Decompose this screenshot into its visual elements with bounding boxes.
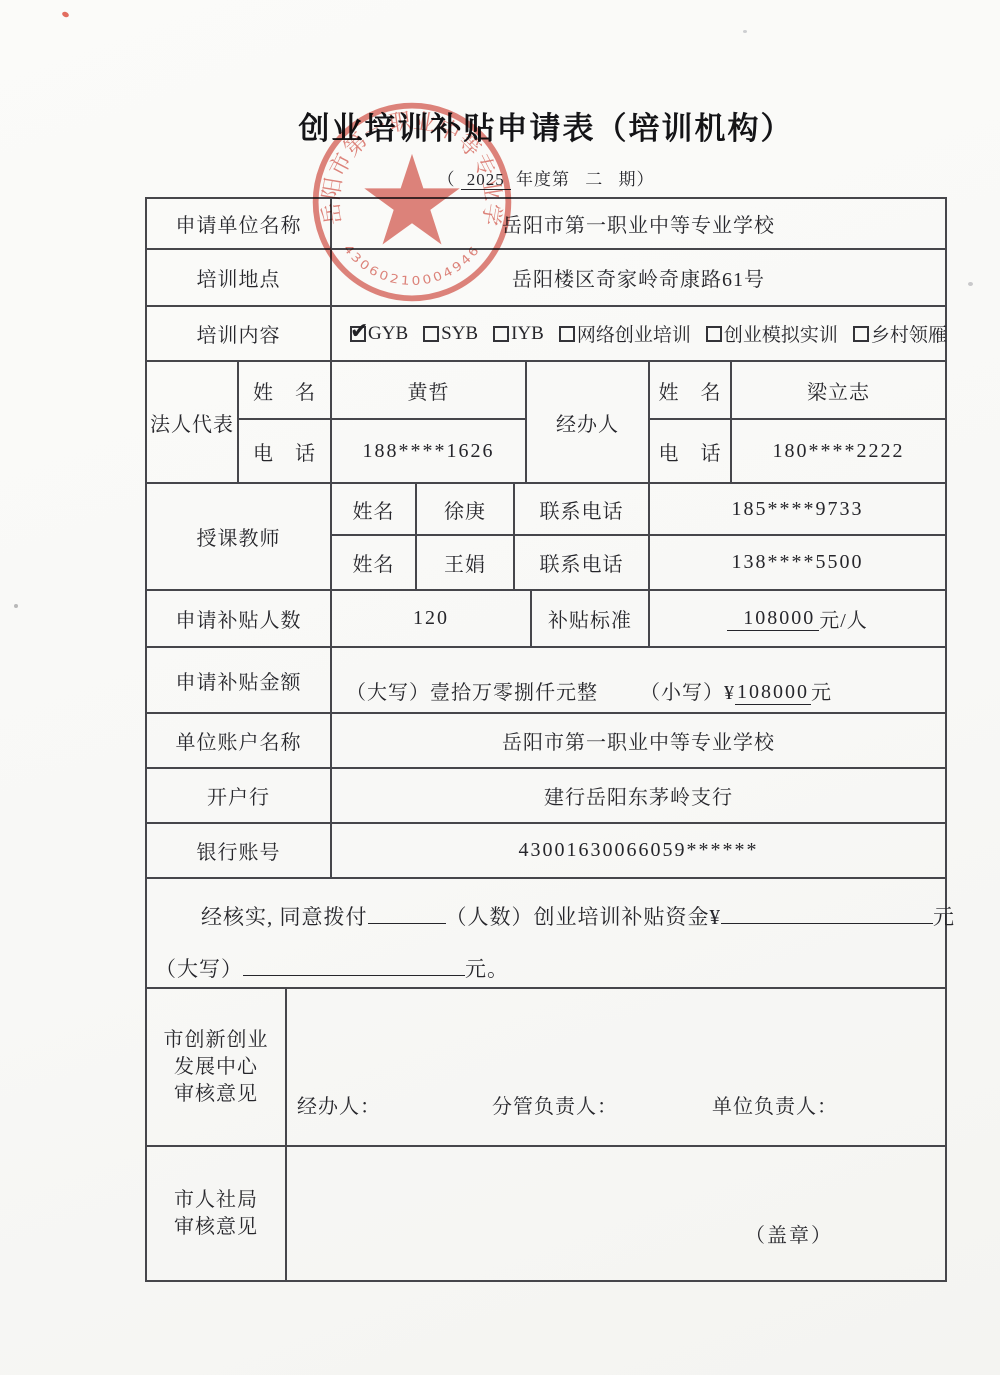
- checkbox-rural-icon: [853, 326, 869, 342]
- para-line1-c: 元: [933, 905, 955, 929]
- standard-value: 108000元/人: [650, 591, 945, 646]
- content-label: 培训内容: [147, 307, 332, 360]
- option-network: 网络创业培训: [559, 320, 691, 347]
- seal-hint: （盖章）: [745, 1219, 833, 1248]
- option-syb-label: SYB: [441, 323, 478, 345]
- teacher-row-2: 姓名 王娟 联系电话 138****5500: [332, 536, 945, 589]
- legal-rep-name-label: 姓 名: [239, 362, 332, 418]
- application-form-table: 申请单位名称 岳阳市第一职业中等专业学校 培训地点 岳阳楼区奇家岭奇康路61号 …: [145, 197, 947, 1282]
- bureau-review-area: （盖章）: [287, 1147, 945, 1280]
- signer-supervisor: 分管负责人：: [492, 1090, 618, 1119]
- option-gyb-label: GYB: [368, 323, 408, 345]
- checkbox-network-icon: [559, 326, 575, 342]
- approval-paragraph: 经核实, 同意拨付（人数）创业培训补贴资金¥元 （大写）元。: [147, 879, 961, 987]
- row-account-no: 银行账号 43001630066059******: [147, 824, 945, 879]
- subtitle-mid: 年度第: [516, 170, 570, 189]
- scan-artifact-dot-3: [968, 282, 973, 286]
- scan-artifact-red-dot: [61, 11, 69, 18]
- agent-grid: 姓 名 梁立志 电 话 180****2222: [650, 362, 945, 482]
- row-bank: 开户行 建行岳阳东茅岭支行: [147, 769, 945, 824]
- blank-amount: [721, 903, 933, 924]
- legal-rep-phone-value: 188****1626: [332, 420, 525, 482]
- legal-rep-label: 法人代表: [147, 362, 239, 482]
- agent-name-value: 梁立志: [732, 362, 945, 418]
- applicant-label: 申请单位名称: [147, 199, 332, 248]
- center-review-label: 市创新创业 发展中心 审核意见: [147, 989, 287, 1145]
- teacher-row-1: 姓名 徐庚 联系电话 185****9733: [332, 484, 945, 536]
- account-no-value: 43001630066059******: [332, 824, 945, 877]
- teacher2-phone-label: 联系电话: [515, 536, 650, 589]
- agent-phone-row: 电 话 180****2222: [650, 420, 945, 482]
- blank-headcount: [368, 903, 446, 924]
- subtitle-year: 2025: [461, 170, 511, 190]
- legal-rep-phone-label: 电 话: [239, 420, 332, 482]
- legal-rep-name-value: 黄哲: [332, 362, 525, 418]
- teacher2-phone: 138****5500: [650, 536, 945, 589]
- bank-label: 开户行: [147, 769, 332, 822]
- location-value: 岳阳楼区奇家岭奇康路61号: [332, 250, 945, 305]
- row-bureau-review: 市人社局 审核意见 （盖章）: [147, 1147, 945, 1280]
- option-sim-label: 创业模拟实训: [724, 320, 838, 347]
- row-account-name: 单位账户名称 岳阳市第一职业中等专业学校: [147, 714, 945, 769]
- row-amount: 申请补贴金额 （大写）壹拾万零捌仟元整（小写）¥108000元: [147, 648, 945, 714]
- bureau-review-line1: 市人社局: [174, 1187, 258, 1214]
- headcount-label: 申请补贴人数: [147, 591, 332, 646]
- row-center-review: 市创新创业 发展中心 审核意见 经办人： 分管负责人： 单位负责人：: [147, 989, 945, 1147]
- teacher2-name-label: 姓名: [332, 536, 417, 589]
- scanned-form-page: 创业培训补贴申请表（培训机构） （ 2025 年度第 二 期） 申请单位名称 岳…: [0, 0, 1000, 1375]
- center-review-area: 经办人： 分管负责人： 单位负责人：: [287, 989, 945, 1145]
- checkbox-syb-icon: [423, 326, 439, 342]
- legal-rep-name-row: 姓 名 黄哲: [239, 362, 525, 420]
- amount-small-value: 108000: [735, 681, 811, 705]
- content-options: GYB SYB IYB 网络创业培训 创业模拟实训 乡村领雁: [332, 307, 947, 360]
- agent-phone-label: 电 话: [650, 420, 732, 482]
- para-line2-b: 元。: [465, 957, 509, 981]
- teacher1-phone-label: 联系电话: [515, 484, 650, 534]
- amount-small-label: （小写）¥: [640, 676, 735, 705]
- headcount-value: 120: [332, 591, 532, 646]
- teacher1-phone: 185****9733: [650, 484, 945, 534]
- option-gyb: GYB: [350, 323, 408, 345]
- center-review-line1: 市创新创业: [164, 1027, 269, 1054]
- row-content: 培训内容 GYB SYB IYB 网络创业培训 创业模拟实训 乡村领雁: [147, 307, 945, 362]
- page-subtitle: （ 2025 年度第 二 期）: [145, 165, 947, 190]
- option-iyb: IYB: [493, 323, 544, 345]
- checkbox-sim-icon: [706, 326, 722, 342]
- subtitle-term: 二: [585, 170, 603, 189]
- row-headcount: 申请补贴人数 120 补贴标准 108000元/人: [147, 591, 945, 648]
- teacher1-name-label: 姓名: [332, 484, 417, 534]
- option-iyb-label: IYB: [511, 323, 544, 345]
- subtitle-close: 期）: [619, 170, 655, 189]
- account-name-label: 单位账户名称: [147, 714, 332, 767]
- account-name-value: 岳阳市第一职业中等专业学校: [332, 714, 945, 767]
- agent-phone-value: 180****2222: [732, 420, 945, 482]
- amount-value: （大写）壹拾万零捌仟元整（小写）¥108000元: [332, 648, 945, 712]
- center-review-line2: 发展中心: [174, 1054, 258, 1081]
- option-rural: 乡村领雁: [853, 320, 947, 347]
- bureau-review-label: 市人社局 审核意见: [147, 1147, 287, 1280]
- legal-rep-grid: 姓 名 黄哲 电 话 188****1626: [239, 362, 527, 482]
- teacher2-name: 王娟: [417, 536, 515, 589]
- legal-rep-phone-row: 电 话 188****1626: [239, 420, 525, 482]
- row-legal-rep-agent: 法人代表 姓 名 黄哲 电 话 188****1626 经办人 姓 名 梁立志: [147, 362, 945, 484]
- location-label: 培训地点: [147, 250, 332, 305]
- agent-name-row: 姓 名 梁立志: [650, 362, 945, 420]
- teachers-label: 授课教师: [147, 484, 332, 589]
- row-teachers: 授课教师 姓名 徐庚 联系电话 185****9733 姓名 王娟 联系电话 1…: [147, 484, 945, 591]
- amount-small-unit: 元: [811, 676, 832, 705]
- para-line1-a: 经核实, 同意拨付: [201, 905, 368, 929]
- signer-unit-head: 单位负责人：: [712, 1090, 838, 1119]
- page-title: 创业培训补贴申请表（培训机构）: [145, 103, 947, 148]
- subtitle-open: （: [438, 170, 456, 189]
- option-network-label: 网络创业培训: [577, 320, 691, 347]
- scan-artifact-dot-2: [743, 30, 747, 33]
- option-sim: 创业模拟实训: [706, 320, 838, 347]
- amount-cap-value: 壹拾万零捌仟元整: [430, 676, 598, 705]
- amount-cap-label: （大写）: [346, 676, 430, 705]
- checkbox-iyb-icon: [493, 326, 509, 342]
- standard-label: 补贴标准: [532, 591, 650, 646]
- row-approval-text: 经核实, 同意拨付（人数）创业培训补贴资金¥元 （大写）元。: [147, 879, 945, 989]
- bank-value: 建行岳阳东茅岭支行: [332, 769, 945, 822]
- checkbox-gyb-icon: [350, 326, 366, 342]
- agent-name-label: 姓 名: [650, 362, 732, 418]
- teachers-grid: 姓名 徐庚 联系电话 185****9733 姓名 王娟 联系电话 138***…: [332, 484, 945, 589]
- para-line2-a: （大写）: [155, 957, 243, 981]
- blank-amount-cap: [243, 955, 465, 976]
- row-applicant: 申请单位名称 岳阳市第一职业中等专业学校: [147, 199, 945, 250]
- para-line1-b: （人数）创业培训补贴资金¥: [446, 905, 722, 929]
- signer-agent: 经办人：: [297, 1090, 381, 1119]
- amount-label: 申请补贴金额: [147, 648, 332, 712]
- account-no-label: 银行账号: [147, 824, 332, 877]
- standard-amount: 108000: [727, 607, 819, 631]
- option-syb: SYB: [423, 323, 478, 345]
- scan-artifact-dot-1: [14, 604, 18, 608]
- option-rural-label: 乡村领雁: [871, 320, 947, 347]
- teacher1-name: 徐庚: [417, 484, 515, 534]
- applicant-value: 岳阳市第一职业中等专业学校: [332, 199, 945, 248]
- bureau-review-line2: 审核意见: [174, 1214, 258, 1241]
- agent-label: 经办人: [527, 362, 650, 482]
- row-location: 培训地点 岳阳楼区奇家岭奇康路61号: [147, 250, 945, 307]
- center-review-line3: 审核意见: [174, 1081, 258, 1108]
- standard-unit: 元/人: [819, 604, 868, 633]
